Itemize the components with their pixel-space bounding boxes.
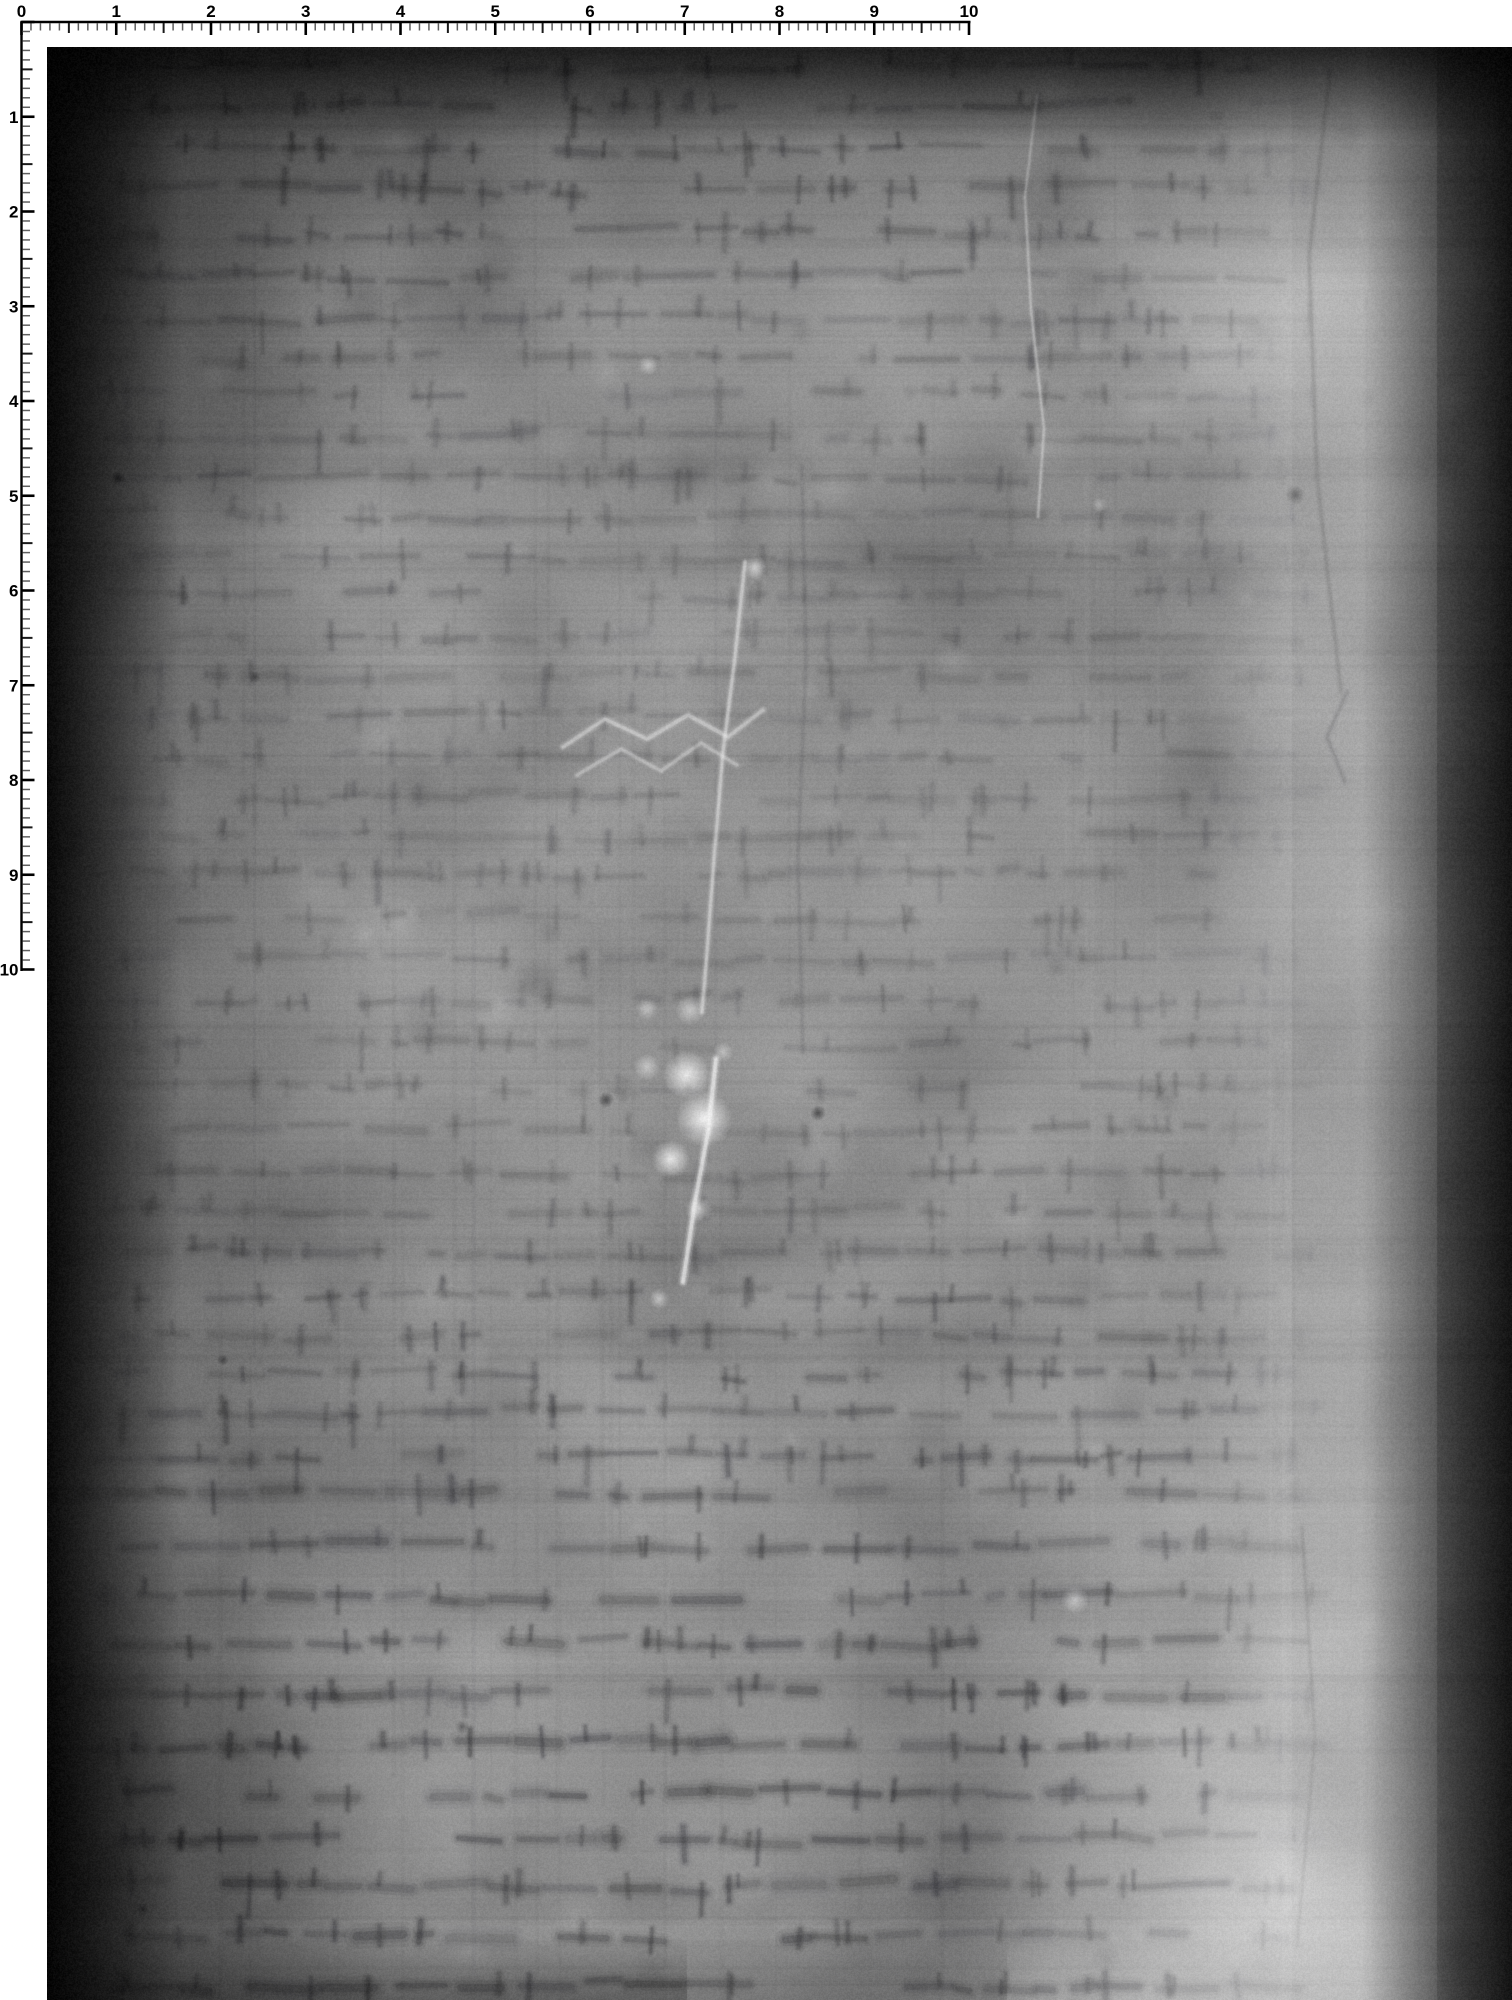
- manuscript-scan-viewer: 012345678910 12345678910: [0, 0, 1512, 2000]
- ruler-label: 7: [9, 676, 18, 695]
- ruler-label: 7: [680, 2, 689, 21]
- ruler-label: 4: [396, 2, 406, 21]
- ruler-label: 3: [301, 2, 310, 21]
- ruler-label: 5: [9, 487, 18, 506]
- ruler-label: 10: [0, 961, 19, 980]
- ruler-label: 9: [870, 2, 879, 21]
- ruler-label: 5: [491, 2, 500, 21]
- ruler-label: 3: [9, 297, 18, 316]
- ruler-label: 0: [17, 2, 26, 21]
- ruler-label: 1: [112, 2, 121, 21]
- ruler-label: 1: [9, 108, 18, 127]
- manuscript-scan-image: [47, 47, 1512, 2000]
- ruler-label: 6: [9, 582, 18, 601]
- ruler-label: 8: [775, 2, 784, 21]
- horizontal-ruler: 012345678910: [0, 0, 1000, 44]
- ruler-label: 6: [585, 2, 594, 21]
- ruler-label: 10: [960, 2, 979, 21]
- ruler-label: 4: [9, 392, 19, 411]
- ruler-label: 2: [206, 2, 215, 21]
- vertical-ruler: 12345678910: [0, 0, 44, 1000]
- ruler-label: 2: [9, 203, 18, 222]
- ruler-label: 8: [9, 771, 18, 790]
- ruler-label: 9: [9, 866, 18, 885]
